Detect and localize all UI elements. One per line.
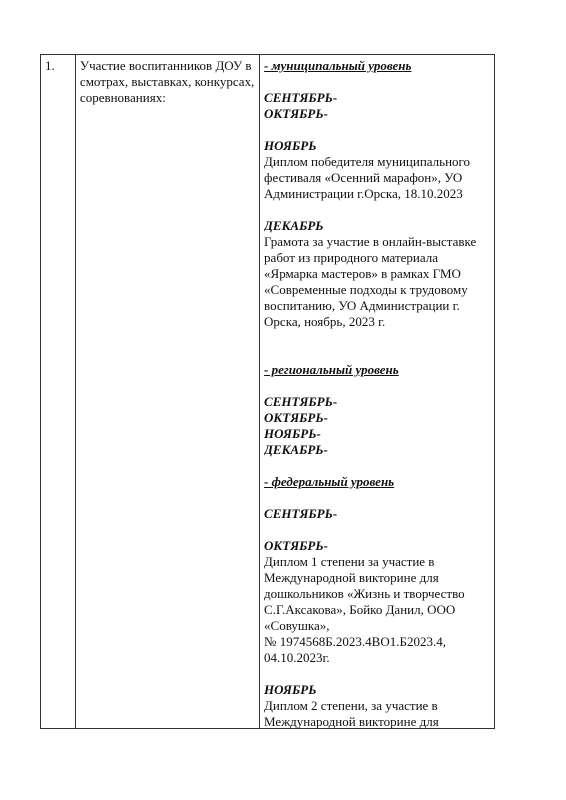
regional-december: ДЕКАБРЬ- [264,442,490,458]
federal-october: ОКТЯБРЬ- [264,538,490,554]
municipal-level-heading: - муниципальный уровень [264,58,490,74]
federal-september: СЕНТЯБРЬ- [264,506,490,522]
content-cell-body: - муниципальный уровень СЕНТЯБРЬ- ОКТЯБР… [264,58,490,728]
municipal-december-entry: Грамота за участие в онлайн-выставке раб… [264,234,490,330]
regional-november: НОЯБРЬ- [264,426,490,442]
regional-level-heading: - региональный уровень [264,362,490,378]
federal-october-entry: Диплом 1 степени за участие в Международ… [264,554,490,634]
municipal-december: ДЕКАБРЬ [264,218,490,234]
row-number: 1. [45,58,55,73]
municipal-september: СЕНТЯБРЬ- [264,90,490,106]
regional-october: ОКТЯБРЬ- [264,410,490,426]
table-row: 1. Участие воспитанников ДОУ в смотрах, … [41,55,495,729]
municipal-november-entry: Диплом победителя муниципального фестива… [264,154,490,202]
federal-october-entry-number: № 1974568Б.2023.4ВО1.Б2023.4, [264,634,490,650]
regional-september: СЕНТЯБРЬ- [264,394,490,410]
federal-november: НОЯБРЬ [264,682,490,698]
row-number-cell: 1. [41,55,76,729]
achievements-table: 1. Участие воспитанников ДОУ в смотрах, … [40,54,495,729]
content-cell: - муниципальный уровень СЕНТЯБРЬ- ОКТЯБР… [260,55,495,729]
federal-november-entry: Диплом 2 степени, за участие в Междунаро… [264,698,490,728]
row-description: Участие воспитанников ДОУ в смотрах, выс… [80,58,254,105]
municipal-november: НОЯБРЬ [264,138,490,154]
federal-level-heading: - федеральный уровень [264,474,490,490]
federal-october-entry-date: 04.10.2023г. [264,650,490,666]
municipal-october: ОКТЯБРЬ- [264,106,490,122]
description-cell: Участие воспитанников ДОУ в смотрах, выс… [75,55,259,729]
